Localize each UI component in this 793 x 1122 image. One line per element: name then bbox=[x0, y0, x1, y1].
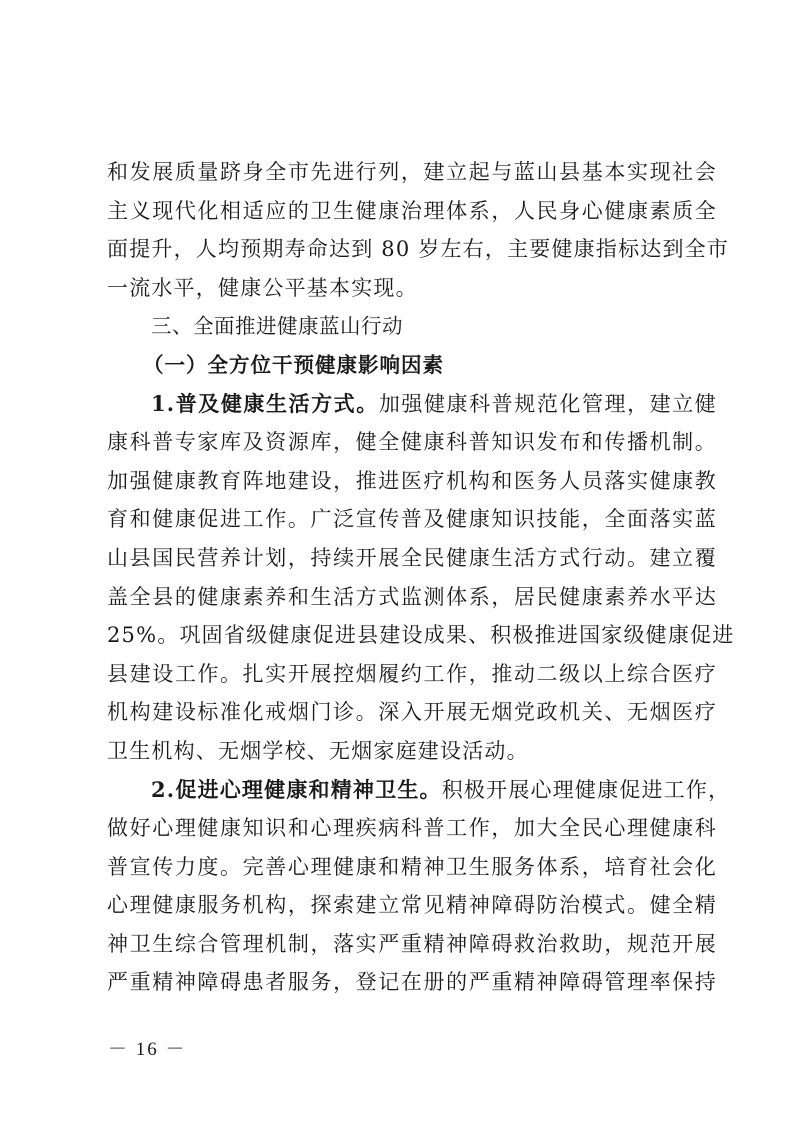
item-1-title: 1.普及健康生活方式。 bbox=[151, 391, 379, 416]
paragraph-line: 25%。巩固省级健康促进县建设成果、积极推进国家级健康促进 bbox=[107, 616, 717, 655]
paragraph-line: 和发展质量跻身全市先进行列，建立起与蓝山县基本实现社会 bbox=[107, 153, 717, 192]
paragraph-line: 面提升，人均预期寿命达到 80 岁左右，主要健康指标达到全市 bbox=[107, 230, 717, 269]
paragraph-line: 做好心理健康知识和心理疾病科普工作，加大全民心理健康科 bbox=[107, 809, 717, 848]
paragraph-line: 山县国民营养计划，持续开展全民健康生活方式行动。建立覆 bbox=[107, 539, 717, 578]
paragraph-line: 一流水平，健康公平基本实现。 bbox=[107, 269, 717, 308]
subsection-heading: （一）全方位干预健康影响因素 bbox=[107, 346, 717, 385]
item-2-first-line: 2.促进心理健康和精神卫生。积极开展心理健康促进工作， bbox=[107, 771, 717, 810]
paragraph-line: 加强健康教育阵地建设，推进医疗机构和医务人员落实健康教 bbox=[107, 462, 717, 501]
paragraph-line: 县建设工作。扎实开展控烟履约工作，推动二级以上综合医疗 bbox=[107, 655, 717, 694]
paragraph-line: 育和健康促进工作。广泛宣传普及健康知识技能，全面落实蓝 bbox=[107, 500, 717, 539]
paragraph-line: 心理健康服务机构，探索建立常见精神障碍防治模式。健全精 bbox=[107, 886, 717, 925]
paragraph-line: 卫生机构、无烟学校、无烟家庭建设活动。 bbox=[107, 732, 717, 771]
item-2-title: 2.促进心理健康和精神卫生。 bbox=[151, 777, 442, 802]
item-2-first-line-text: 积极开展心理健康促进工作， bbox=[442, 778, 731, 802]
paragraph-line: 主义现代化相适应的卫生健康治理体系，人民身心健康素质全 bbox=[107, 192, 717, 231]
paragraph-line: 普宣传力度。完善心理健康和精神卫生服务体系，培育社会化 bbox=[107, 848, 717, 887]
paragraph-line: 神卫生综合管理机制，落实严重精神障碍救治救助，规范开展 bbox=[107, 925, 717, 964]
body-text: 和发展质量跻身全市先进行列，建立起与蓝山县基本实现社会 主义现代化相适应的卫生健… bbox=[107, 153, 717, 1002]
page-number: － 16 － bbox=[108, 1034, 187, 1061]
item-1-first-line: 1.普及健康生活方式。加强健康科普规范化管理，建立健 bbox=[107, 385, 717, 424]
paragraph-line: 盖全县的健康素养和生活方式监测体系，居民健康素养水平达 bbox=[107, 578, 717, 617]
paragraph-line: 机构建设标准化戒烟门诊。深入开展无烟党政机关、无烟医疗 bbox=[107, 693, 717, 732]
paragraph-line: 严重精神障碍患者服务，登记在册的严重精神障碍管理率保持 bbox=[107, 963, 717, 1002]
paragraph-line: 康科普专家库及资源库，健全健康科普知识发布和传播机制。 bbox=[107, 423, 717, 462]
item-1-first-line-text: 加强健康科普规范化管理，建立健 bbox=[379, 392, 717, 416]
document-page: 和发展质量跻身全市先进行列，建立起与蓝山县基本实现社会 主义现代化相适应的卫生健… bbox=[0, 0, 793, 1122]
section-heading: 三、全面推进健康蓝山行动 bbox=[107, 307, 717, 346]
